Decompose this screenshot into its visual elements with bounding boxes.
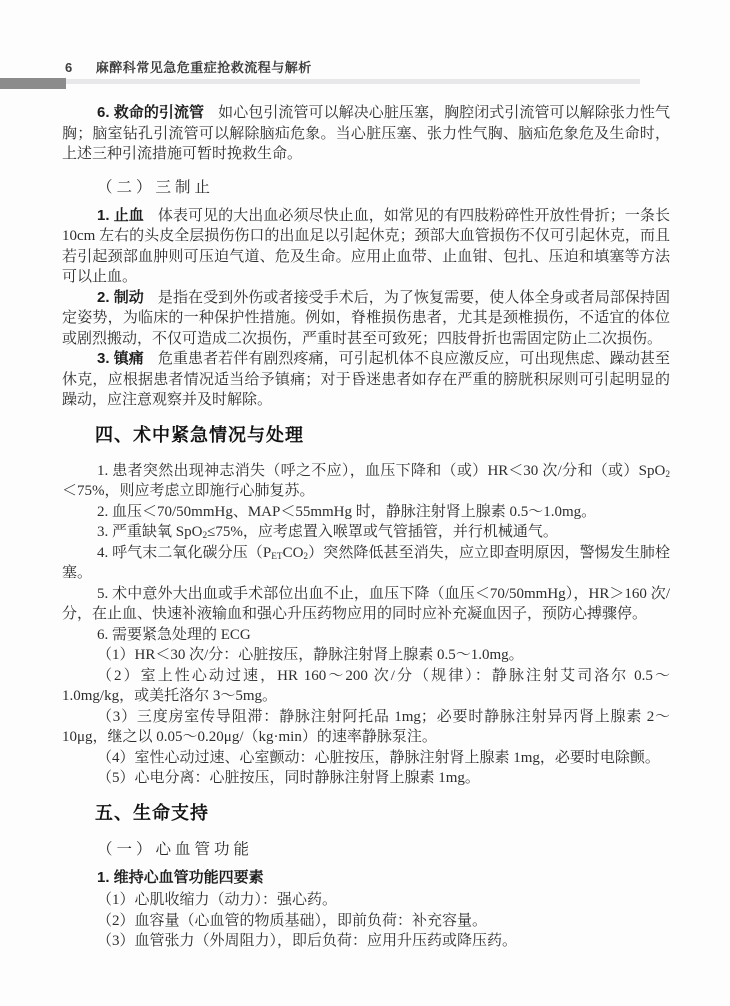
paragraph-lifesaving-drains: 6. 救命的引流管如心包引流管可以解决心脏压塞，胸腔闭式引流管可以解除张力性气胸… <box>62 103 670 165</box>
subheading-three-stops: （二）三制止 <box>62 177 670 199</box>
paragraph-text: 危重患者若伴有剧烈疼痛，可引起机体不良应激反应，可出现焦虑、躁动甚至休克，应根据… <box>62 351 670 408</box>
running-title: 麻醉科常见急危重症抢救流程与解析 <box>96 57 312 76</box>
list-item: 2. 血压＜70/50mmHg、MAP＜55mmHg 时，静脉注射肾上腺素 0.… <box>62 502 670 523</box>
header-rule-dark <box>0 78 66 89</box>
paragraph-label: 3. 镇痛 <box>97 350 144 367</box>
list-item: 3. 严重缺氧 SpO2≤75%，应考虑置入喉罩或气管插管，并行机械通气。 <box>62 522 670 543</box>
paragraph-label: 6. 救命的引流管 <box>97 104 204 121</box>
paragraph-analgesia: 3. 镇痛危重患者若伴有剧烈疼痛，可引起机体不良应激反应，可出现焦虑、躁动甚至休… <box>62 349 670 411</box>
list-item: 1. 患者突然出现神志消失（呼之不应），血压下降和（或）HR＜30 次/分和（或… <box>62 461 670 502</box>
section-heading-intraop-emergencies: 四、术中紧急情况与处理 <box>62 422 670 448</box>
list-item: （3）血管张力（外周阻力），即后负荷：应用升压药或降压药。 <box>62 931 670 952</box>
paragraph-label: 1. 止血 <box>97 207 144 224</box>
list-item: （1）HR＜30 次/分：心脏按压，静脉注射肾上腺素 0.5～1.0mg。 <box>62 645 670 666</box>
document-page: 6 麻醉科常见急危重症抢救流程与解析 6. 救命的引流管如心包引流管可以解决心脏… <box>0 0 730 1006</box>
paragraph-text: 体表可见的大出血必须尽快止血，如常见的有四肢粉碎性开放性骨折；一条长 10cm … <box>62 208 670 286</box>
list-item: （2）血容量（心血管的物质基础），即前负荷：补充容量。 <box>62 911 670 932</box>
paragraph-label: 2. 制动 <box>97 289 144 306</box>
section-heading-life-support: 五、生命支持 <box>62 800 670 826</box>
paragraph-immobilization: 2. 制动是指在受到外伤或者接受手术后，为了恢复需要，使人体全身或者局部保持固定… <box>62 288 670 350</box>
running-header: 6 麻醉科常见急危重症抢救流程与解析 <box>65 57 312 76</box>
list-item: （5）心电分离：心脏按压，同时静脉注射肾上腺素 1mg。 <box>62 768 670 789</box>
list-item: 5. 术中意外大出血或手术部位出血不止，血压下降（血压＜70/50mmHg），H… <box>62 584 670 625</box>
paragraph-hemostasis: 1. 止血体表可见的大出血必须尽快止血，如常见的有四肢粉碎性开放性骨折；一条长 … <box>62 206 670 288</box>
page-number: 6 <box>65 60 73 75</box>
list-item: 6. 需要紧急处理的 ECG <box>62 625 670 646</box>
subheading-cardiovascular-function: （一）心血管功能 <box>62 839 670 861</box>
list-item: （1）心肌收缩力（动力）：强心药。 <box>62 890 670 911</box>
list-item: （3）三度房室传导阻滞：静脉注射阿托品 1mg；必要时静脉注射异丙肾上腺素 2～… <box>62 707 670 748</box>
list-item: 4. 呼气末二氧化碳分压（PETCO2）突然降低甚至消失，应立即查明原因，警惕发… <box>62 543 670 584</box>
subsection-label-four-elements: 1. 维持心血管功能四要素 <box>62 868 670 889</box>
page-body: 6. 救命的引流管如心包引流管可以解决心脏压塞，胸腔闭式引流管可以解除张力性气胸… <box>62 103 670 952</box>
list-item: （4）室性心动过速、心室颤动：心脏按压，静脉注射肾上腺素 1mg，必要时电除颤。 <box>62 748 670 769</box>
header-rule-light <box>66 79 640 84</box>
paragraph-text: 是指在受到外伤或者接受手术后，为了恢复需要，使人体全身或者局部保持固定姿势，为临… <box>62 290 670 347</box>
list-item: （2）室上性心动过速，HR 160～200 次/分（规律）：静脉注射艾司洛尔 0… <box>62 666 670 707</box>
